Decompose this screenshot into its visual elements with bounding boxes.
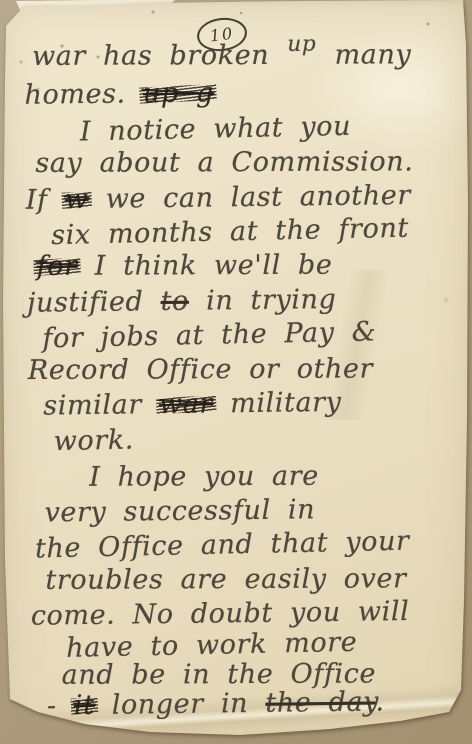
handwritten-text: justified: [27, 286, 144, 318]
letter-line: war has broken up many: [24, 39, 464, 75]
handwritten-text: very successful in: [44, 494, 315, 528]
handwritten-text: many: [334, 39, 411, 70]
handwritten-text: I notice what you: [80, 111, 352, 148]
handwritten-text: say about a Commission.: [35, 146, 413, 179]
handwritten-text: war has broken: [32, 40, 269, 72]
handwritten-text: homes.: [24, 79, 126, 111]
letter-line: for jobs at the Pay &: [27, 315, 468, 359]
crossed-out-word: to: [160, 285, 189, 316]
letter-line: work.: [28, 418, 469, 462]
letter-line: say about a Commission.: [25, 146, 465, 182]
handwritten-text: I hope you are: [89, 460, 319, 492]
inserted-word: up: [287, 32, 316, 57]
letter-line: homes. up g: [24, 75, 464, 115]
letter-line: Record Office or other: [28, 353, 468, 389]
handwritten-text: I think we'll be: [95, 250, 333, 282]
letter-line: I hope you are: [29, 460, 469, 496]
letter-line: for I think we'll be: [27, 249, 467, 285]
handwritten-text: similar: [43, 389, 142, 421]
handwritten-letter-body: war has broken up many homes. up g I not…: [24, 37, 472, 725]
scribbled-out-word: it: [74, 690, 95, 721]
letter-line: I notice what you: [25, 108, 466, 152]
letter-line: and be in the Office: [32, 658, 472, 694]
handwritten-text: we can last another: [106, 180, 412, 215]
handwritten-text: for jobs at the Pay &: [42, 316, 377, 354]
letter-line: the Office and that your: [30, 525, 471, 569]
handwritten-text: the Office and that your: [35, 526, 410, 565]
scribbled-out-word: up g: [143, 78, 214, 110]
letter-line: troubles are easily over: [30, 563, 470, 599]
handwritten-text: in trying: [206, 284, 337, 317]
handwritten-text: and be in the Office: [62, 658, 377, 690]
handwritten-text: six months at the front: [51, 213, 409, 251]
handwritten-text: -: [47, 691, 57, 722]
handwritten-text: military: [230, 387, 342, 419]
handwritten-text: work.: [53, 425, 134, 458]
crossed-out-letter: w: [65, 183, 89, 214]
handwritten-text: Record Office or other: [28, 353, 373, 386]
scribbled-out-word: war: [159, 388, 213, 420]
handwritten-text: If: [26, 184, 48, 215]
scribbled-out-word: for: [37, 251, 78, 282]
handwritten-text: troubles are easily over: [45, 563, 406, 596]
